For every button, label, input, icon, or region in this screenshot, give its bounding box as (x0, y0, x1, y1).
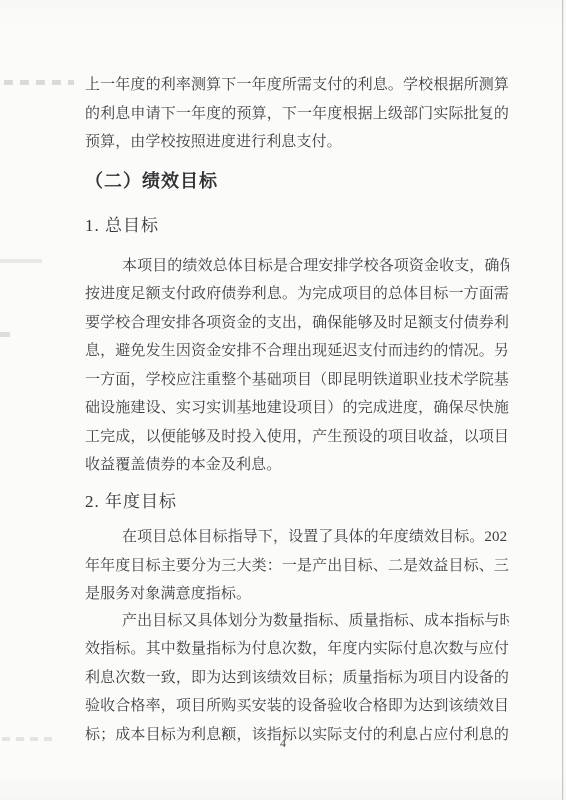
body-line: 利息次数一致，即为达到该绩效目标；质量指标为项目内设备的 (85, 664, 509, 693)
body-line: 验收合格率，项目所购买安装的设备验收合格即为达到该绩效目 (85, 692, 509, 721)
body-line: 产出目标又具体划分为数量指标、质量指标、成本指标与时 (85, 607, 509, 636)
body-line: 效指标。其中数量指标为付息次数，年度内实际付息次数与应付 (85, 635, 509, 664)
body-line: 工完成，以便能够及时投入使用，产生预设的项目收益，以项目 (85, 423, 509, 452)
body-line: 的利息申请下一年度的预算，下一年度根据上级部门实际批复的 (85, 100, 509, 129)
scan-edge-line (562, 0, 563, 800)
body-line: 按进度足额支付政府债券利息。为完成项目的总体目标一方面需 (85, 280, 509, 309)
body-line: 要学校合理安排各项资金的支出，确保能够及时足额支付债券利 (85, 309, 509, 338)
body-line: 一方面，学校应注重整个基础项目（即昆明铁道职业技术学院基 (85, 366, 509, 395)
body-line: 预算，由学校按照进度进行利息支付。 (85, 128, 509, 157)
scan-artifact-smudge (0, 259, 42, 263)
page-number: 4 (0, 736, 566, 751)
body-line: 是服务对象满意度指标。 (85, 580, 509, 609)
document-page: 上一年度的利率测算下一年度所需支付的利息。学校根据所测算 的利息申请下一年度的预… (0, 0, 566, 800)
body-line: 在项目总体目标指导下，设置了具体的年度绩效目标。2021 (85, 523, 509, 552)
subheading-annual-goal: 2. 年度目标 (85, 488, 509, 517)
body-line: 上一年度的利率测算下一年度所需支付的利息。学校根据所测算 (85, 71, 509, 100)
body-line: 本项目的绩效总体目标是合理安排学校各项资金收支，确保 (85, 252, 509, 281)
subheading-overall-goal: 1. 总目标 (85, 212, 509, 241)
body-line: 年年度目标主要分为三大类：一是产出目标、二是效益目标、三 (85, 552, 509, 581)
body-line: 础设施建设、实习实训基地建设项目）的完成进度，确保尽快施 (85, 394, 509, 423)
scan-artifact-dashes (4, 80, 74, 85)
body-line: 息，避免发生因资金安排不合理出现延迟支付而违约的情况。另 (85, 337, 509, 366)
body-line: 收益覆盖债券的本金及利息。 (85, 451, 509, 480)
document-body: 上一年度的利率测算下一年度所需支付的利息。学校根据所测算 的利息申请下一年度的预… (85, 71, 509, 749)
section-heading: （二）绩效目标 (85, 167, 509, 196)
scan-artifact-smudge (0, 332, 10, 337)
